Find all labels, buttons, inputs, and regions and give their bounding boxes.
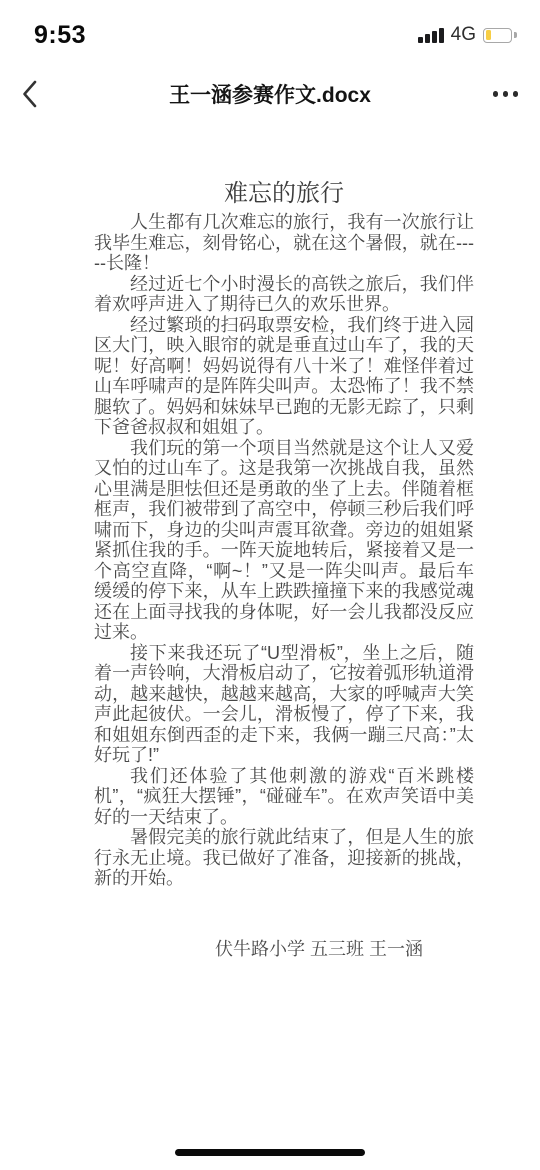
back-button[interactable] [22,80,66,108]
essay-paragraph: 经过近七个小时漫长的高铁之旅后，我们伴着欢呼声进入了期待已久的欢乐世界。 [94,274,474,315]
cellular-signal-icon [418,28,444,43]
document-filename-title: 王一涵参赛作文.docx [66,79,474,109]
more-options-button[interactable] [474,91,518,97]
essay-title: 难忘的旅行 [94,178,474,209]
essay-signature: 伏牛路小学 五三班 王一涵 [94,939,474,960]
status-icons: 4G [418,24,516,46]
home-indicator[interactable] [175,1149,365,1156]
network-type-label: 4G [451,24,476,46]
essay-paragraph: 我们还体验了其他刺激的游戏“百米跳楼机”，“疯狂大摆锤”，“碰碰车”。在欢声笑语… [94,766,474,828]
clock-label: 9:53 [34,21,86,50]
document-page[interactable]: 难忘的旅行 人生都有几次难忘的旅行，我有一次旅行让我毕生难忘，刻骨铭心，就在这个… [0,120,540,959]
nav-bar: 王一涵参赛作文.docx [0,68,540,120]
essay-paragraph: 人生都有几次难忘的旅行，我有一次旅行让我毕生难忘，刻骨铭心，就在这个暑假，就在-… [94,212,474,274]
chevron-left-icon [22,80,37,108]
essay-body: 人生都有几次难忘的旅行，我有一次旅行让我毕生难忘，刻骨铭心，就在这个暑假，就在-… [94,212,474,889]
status-bar: 9:53 4G [0,0,540,56]
ellipsis-icon [493,91,499,97]
essay-paragraph: 我们玩的第一个项目当然就是这个让人又爱又怕的过山车了。这是我第一次挑战自我，虽然… [94,438,474,643]
essay-paragraph: 经过繁琐的扫码取票安检，我们终于进入园区大门，映入眼帘的就是垂直过山车了，我的天… [94,315,474,438]
essay-paragraph: 暑假完美的旅行就此结束了，但是人生的旅行永无止境。我已做好了准备，迎接新的挑战，… [94,827,474,889]
battery-icon [483,28,512,43]
battery-fill [486,30,491,40]
essay-paragraph: 接下来我还玩了“U型滑板”，坐上之后，随着一声铃响，大滑板启动了，它按着弧形轨道… [94,643,474,766]
